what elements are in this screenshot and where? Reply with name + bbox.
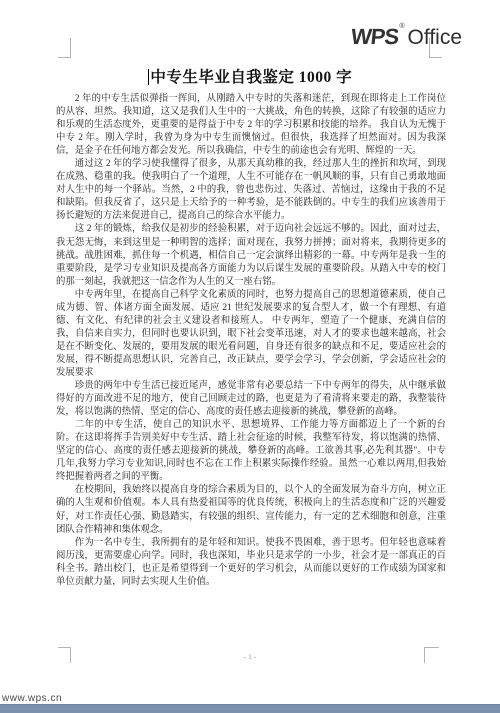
title-row[interactable]: 中专生毕业自我鉴定 1000 字 bbox=[0, 65, 500, 87]
document-title[interactable]: 中专生毕业自我鉴定 1000 字 bbox=[150, 69, 352, 86]
wps-office-logo: WPS®Office bbox=[351, 24, 462, 50]
body-paragraph[interactable]: 在校期间，我始终以提高自身的综合素质为目的，以个人的全面发展为奋斗方向，树立正确… bbox=[56, 484, 446, 536]
registered-trademark-icon: ® bbox=[399, 23, 404, 30]
margin-corner-mark-top-right bbox=[429, 38, 442, 58]
body-paragraph[interactable]: 这 2 年的锻炼，给我仅是初步的经验积累，对于迈向社会远远不够的。因此，面对过去… bbox=[56, 223, 446, 288]
body-paragraph[interactable]: 通过这 2 年的学习使我懂得了很多，从那天真幼稚的我，经过那人生的挫折和坎坷，到… bbox=[56, 158, 446, 223]
body-paragraph[interactable]: 珍贵的两年中专生活已接近尾声，感觉非常有必要总结一下中专两年的得失，从中继承做得… bbox=[56, 380, 446, 419]
body-paragraph[interactable]: 二年的中专生活，使自己的知识水平、思想境界、工作能力等方面都迈上了一个新的台阶。… bbox=[56, 419, 446, 484]
margin-corner-mark-top-left bbox=[58, 38, 71, 58]
document-page: WPS®Office 中专生毕业自我鉴定 1000 字 2 年的中专生活似弹指一… bbox=[0, 0, 500, 713]
document-body[interactable]: 2 年的中专生活似弹指一挥间，从刚踏入中专时的失落和迷茫，到现在即将走上工作岗位… bbox=[56, 93, 446, 589]
page-number: - 1 - bbox=[0, 652, 500, 661]
body-paragraph[interactable]: 作为一名中专生，我所拥有的是年轻和知识。使我不畏困难，善于思考。但年轻也意味着阅… bbox=[56, 537, 446, 589]
body-paragraph[interactable]: 2 年的中专生活似弹指一挥间，从刚踏入中专时的失落和迷茫，到现在即将走上工作岗位… bbox=[56, 93, 446, 158]
wps-watermark: www.wps.cn bbox=[2, 693, 62, 704]
body-paragraph[interactable]: 中专两年里，在提高自己科学文化素质的同时，也努力提高自己的思想道德素质，使自己成… bbox=[56, 289, 446, 380]
wps-logo-text: WPS bbox=[350, 24, 400, 50]
footer-accent-bar bbox=[0, 704, 500, 713]
